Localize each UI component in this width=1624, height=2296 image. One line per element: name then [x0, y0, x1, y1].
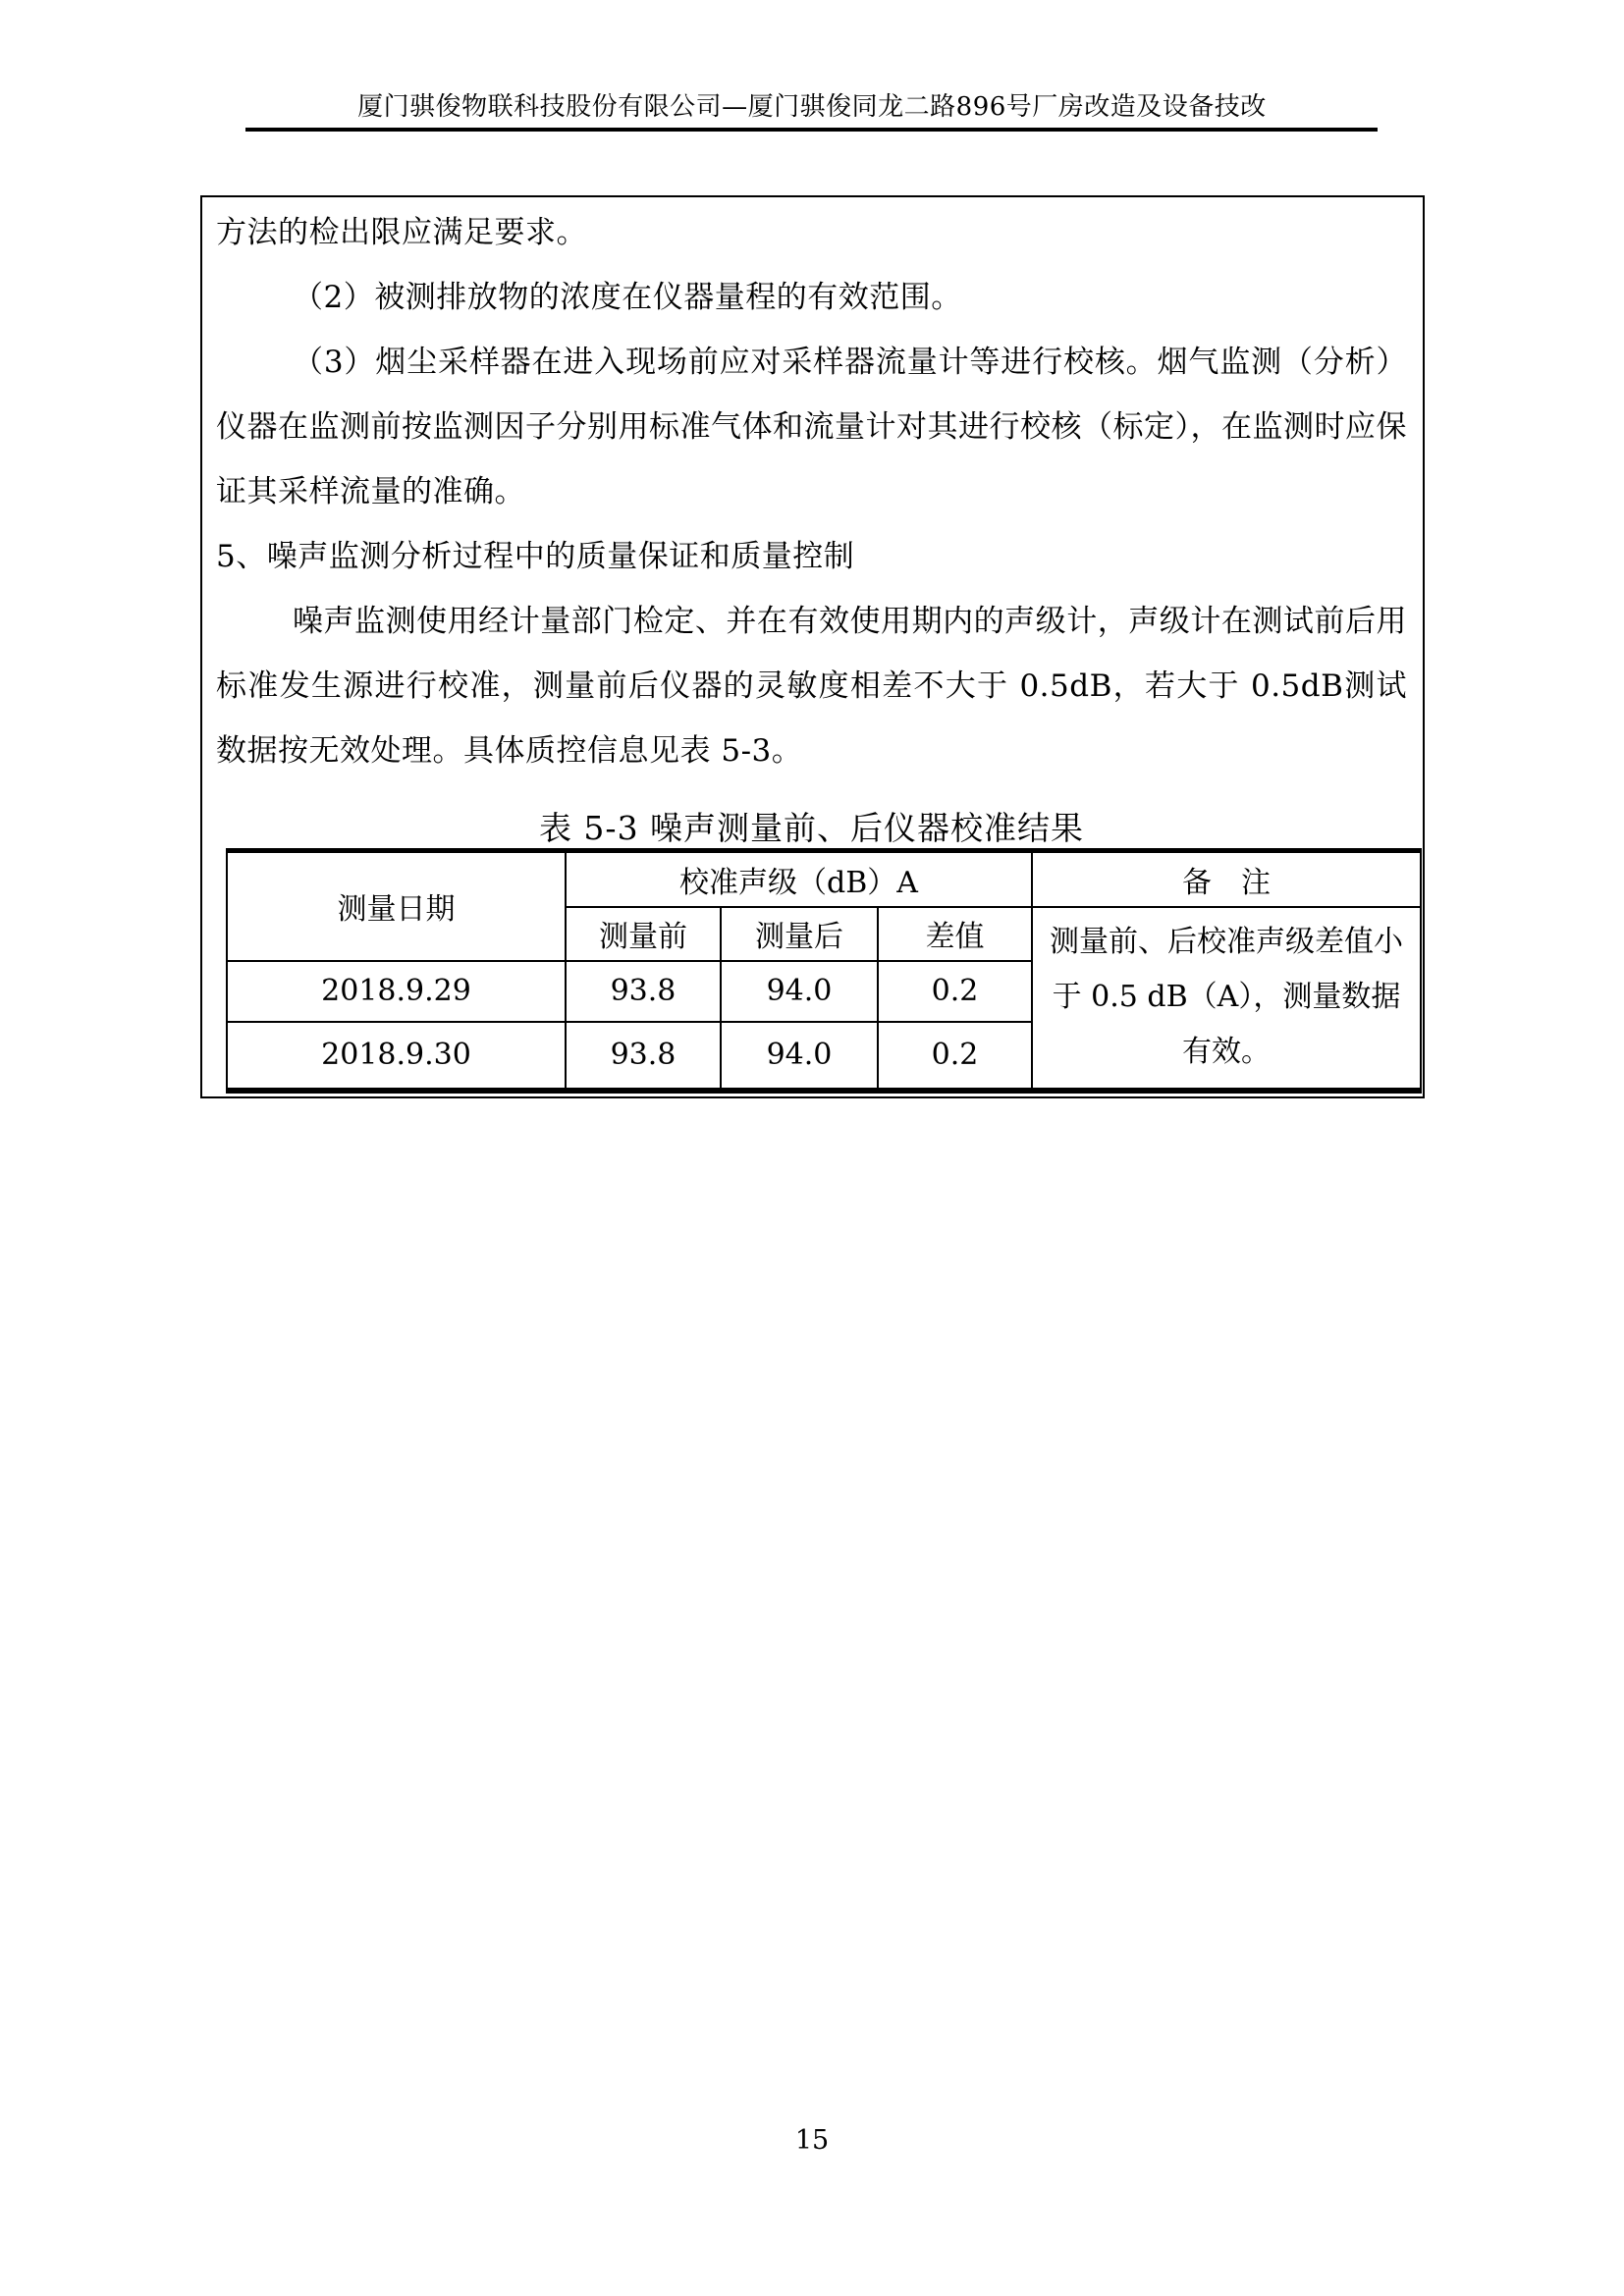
- table-header-row-1: 测量日期 校准声级（dB）A 备 注: [227, 851, 1421, 907]
- paragraph-noise-qc: 噪声监测使用经计量部门检定、并在有效使用期内的声级计，声级计在测试前后用标准发生…: [216, 589, 1407, 783]
- cell-date: 2018.9.29: [227, 961, 566, 1022]
- remark-cell: 测量前、后校准声级差值小 于 0.5 dB（A），测量数据 有效。: [1032, 907, 1421, 1091]
- cell-after: 94.0: [721, 1022, 878, 1091]
- cell-after: 94.0: [721, 961, 878, 1022]
- header-rule-divider: [245, 128, 1378, 132]
- column-header-after: 测量后: [721, 907, 878, 961]
- paragraph-section-5-heading: 5、噪声监测分析过程中的质量保证和质量控制: [216, 524, 1407, 589]
- content-box: 方法的检出限应满足要求。 （2）被测排放物的浓度在仪器量程的有效范围。 （3）烟…: [200, 195, 1425, 1098]
- paragraph-item-2: （2）被测排放物的浓度在仪器量程的有效范围。: [216, 265, 1407, 330]
- table-caption: 表 5-3 噪声测量前、后仪器校准结果: [216, 809, 1407, 848]
- cell-before: 93.8: [566, 961, 721, 1022]
- column-header-remark: 备 注: [1032, 851, 1421, 907]
- cell-before: 93.8: [566, 1022, 721, 1091]
- document-page: 厦门骐俊物联科技股份有限公司—厦门骐俊同龙二路896号厂房改造及设备技改 方法的…: [0, 0, 1624, 2296]
- body-text: 方法的检出限应满足要求。 （2）被测排放物的浓度在仪器量程的有效范围。 （3）烟…: [216, 200, 1407, 783]
- cell-diff: 0.2: [878, 961, 1032, 1022]
- cell-date: 2018.9.30: [227, 1022, 566, 1091]
- page-number: 15: [0, 2125, 1624, 2156]
- column-header-diff: 差值: [878, 907, 1032, 961]
- paragraph-item-3: （3）烟尘采样器在进入现场前应对采样器流量计等进行校核。烟气监测（分析）仪器在监…: [216, 330, 1407, 524]
- paragraph-continued: 方法的检出限应满足要求。: [216, 200, 1407, 265]
- document-header-title: 厦门骐俊物联科技股份有限公司—厦门骐俊同龙二路896号厂房改造及设备技改: [0, 86, 1624, 123]
- calibration-results-table: 测量日期 校准声级（dB）A 备 注 测量前 测量后 差值 测量前、后校准声级差…: [226, 848, 1422, 1094]
- column-header-before: 测量前: [566, 907, 721, 961]
- cell-diff: 0.2: [878, 1022, 1032, 1091]
- column-header-group: 校准声级（dB）A: [566, 851, 1032, 907]
- column-header-date: 测量日期: [227, 851, 566, 961]
